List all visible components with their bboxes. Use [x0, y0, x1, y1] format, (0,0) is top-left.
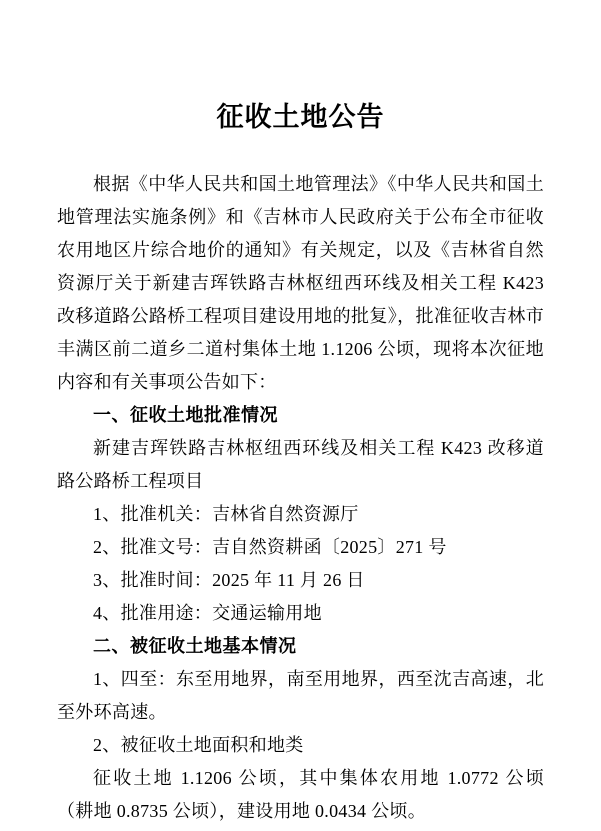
item-approval-date: 3、批准时间：2025 年 11 月 26 日	[57, 564, 544, 597]
item-land-boundaries: 1、四至：东至用地界，南至用地界，西至沈吉高速，北至外环高速。	[57, 663, 544, 729]
document-body: 根据《中华人民共和国土地管理法》《中华人民共和国土地管理法实施条例》和《吉林市人…	[57, 168, 544, 828]
document-page: 征收土地公告 根据《中华人民共和国土地管理法》《中华人民共和国土地管理法实施条例…	[0, 0, 601, 831]
paragraph-land-area-details: 征收土地 1.1206 公顷，其中集体农用地 1.0772 公顷（耕地 0.87…	[57, 762, 544, 828]
item-land-area-and-type-label: 2、被征收土地面积和地类	[57, 729, 544, 762]
item-approval-authority: 1、批准机关：吉林省自然资源厅	[57, 498, 544, 531]
heading-section-1-approval-info: 一、征收土地批准情况	[57, 399, 544, 432]
document-title: 征收土地公告	[57, 101, 544, 134]
paragraph-legal-basis: 根据《中华人民共和国土地管理法》《中华人民共和国土地管理法实施条例》和《吉林市人…	[57, 168, 544, 399]
item-approved-land-use: 4、批准用途：交通运输用地	[57, 597, 544, 630]
heading-section-2-land-basic-info: 二、被征收土地基本情况	[57, 630, 544, 663]
item-approval-document-number: 2、批准文号：吉自然资耕函〔2025〕271 号	[57, 531, 544, 564]
paragraph-project-name: 新建吉珲铁路吉林枢纽西环线及相关工程 K423 改移道路公路桥工程项目	[57, 432, 544, 498]
